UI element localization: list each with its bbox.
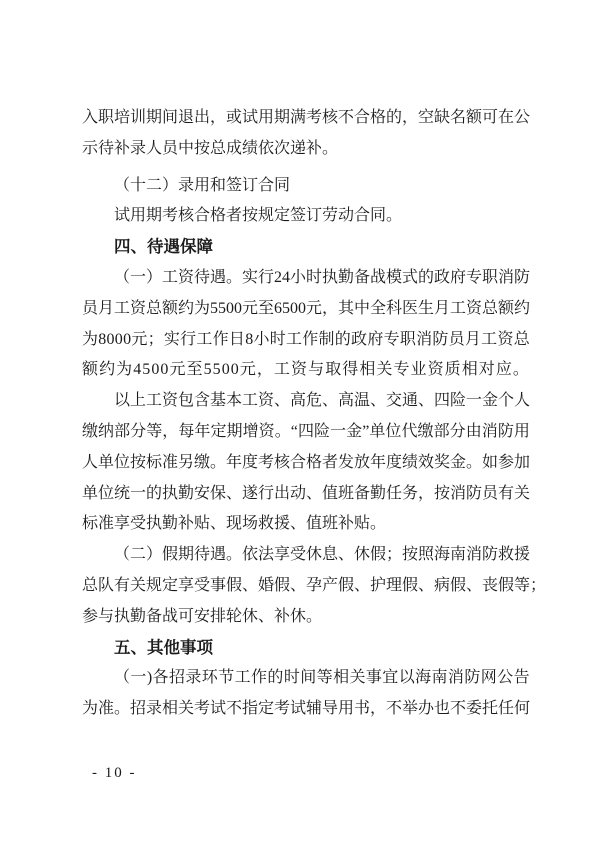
document-line: 人单位按标准另缴。年度考核合格者发放年度绩效奖金。如参加 (82, 448, 530, 479)
document-line: （十二）录用和签订合同 (82, 171, 530, 202)
page-number: - 10 - (92, 762, 137, 784)
section-heading: 五、其他事项 (82, 633, 530, 664)
section-heading: 四、待遇保障 (82, 232, 530, 263)
document-line: 员月工资总额约为5500元至6500元，其中全科医生月工资总额约 (82, 294, 530, 325)
document-line: 以上工资包含基本工资、高危、高温、交通、四险一金个人 (82, 386, 530, 417)
document-line: 总队有关规定享受事假、婚假、孕产假、护理假、病假、丧假等； (82, 571, 530, 602)
document-line: 示待补录人员中按总成绩依次递补。 (82, 134, 530, 165)
document-line: 为准。招录相关考试不指定考试辅导用书，不举办也不委托任何 (82, 694, 530, 725)
document-page: 入职培训期间退出，或试用期满考核不合格的，空缺名额可在公 示待补录人员中按总成绩… (0, 0, 596, 842)
document-line: （一)各招录环节工作的时间等相关事宜以海南消防网公告 (82, 663, 530, 694)
document-line: 单位统一的执勤安保、遂行出动、值班备勤任务，按消防员有关 (82, 479, 530, 510)
document-line: 为8000元；实行工作日8小时工作制的政府专职消防员月工资总 (82, 325, 530, 356)
document-line: 入职培训期间退出，或试用期满考核不合格的，空缺名额可在公 (82, 103, 530, 134)
document-line: 额约为4500元至5500元，工资与取得相关专业资质相对应。 (82, 355, 530, 386)
document-line: 参与执勤备战可安排轮休、补休。 (82, 602, 530, 633)
document-line: 试用期考核合格者按规定签订劳动合同。 (82, 201, 530, 232)
document-line: （二）假期待遇。依法享受休息、休假；按照海南消防救援 (82, 540, 530, 571)
document-line: 缴纳部分等，每年定期增资。“四险一金”单位代缴部分由消防用 (82, 417, 530, 448)
document-line: 标准享受执勤补贴、现场救援、值班补贴。 (82, 509, 530, 540)
document-line: （一）工资待遇。实行24小时执勤备战模式的政府专职消防 (82, 263, 530, 294)
document-body: 入职培训期间退出，或试用期满考核不合格的，空缺名额可在公 示待补录人员中按总成绩… (82, 103, 530, 725)
